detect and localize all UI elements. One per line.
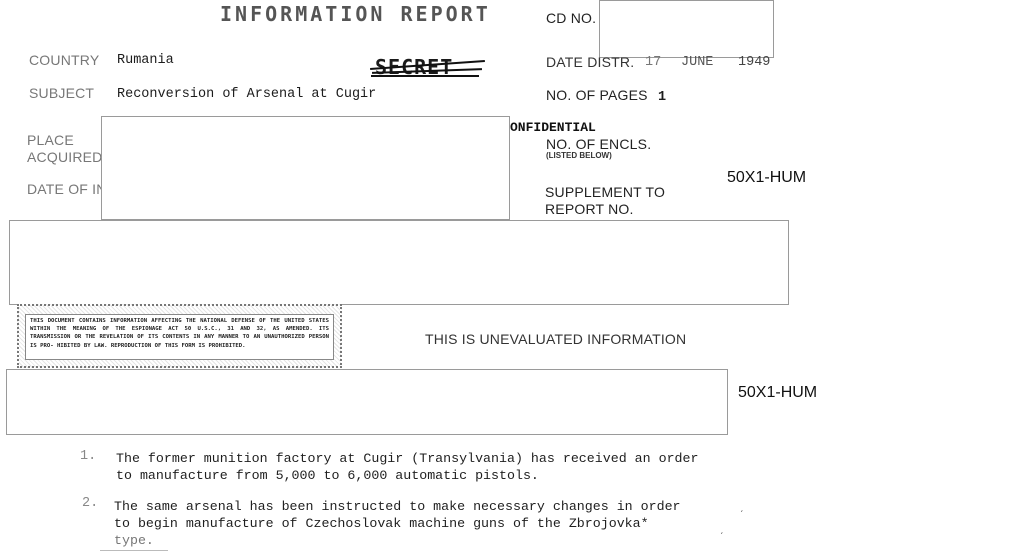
redacted-place-date-block <box>101 116 510 220</box>
paragraph-line: to manufacture from 5,000 to 6,000 autom… <box>116 467 539 484</box>
date-distr-month: JUNE <box>681 55 713 70</box>
espionage-act-notice: THIS DOCUMENT CONTAINS INFORMATION AFFEC… <box>17 304 342 368</box>
no-of-encls-sublabel: (LISTED BELOW) <box>546 151 612 160</box>
paragraph-number: 2. <box>82 496 98 511</box>
unevaluated-notice: THIS IS UNEVALUATED INFORMATION <box>425 331 686 347</box>
redacted-source-block <box>6 369 728 435</box>
paragraph-line: The same arsenal has been instructed to … <box>114 498 681 515</box>
subject-value: Reconversion of Arsenal at Cugir <box>117 87 376 102</box>
date-distr-year: 1949 <box>738 55 770 70</box>
paragraph-line: type. <box>114 532 154 549</box>
redacted-cd-no <box>599 0 774 58</box>
report-title: INFORMATION REPORT <box>220 2 491 26</box>
place-label: PLACE <box>27 132 74 148</box>
country-label: COUNTRY <box>29 52 99 68</box>
strike-line <box>371 75 479 77</box>
paragraph-line: to begin manufacture of Czechoslovak mac… <box>114 515 649 532</box>
redacted-distribution-block <box>9 220 789 305</box>
stray-mark: ˊ <box>740 510 743 521</box>
divider <box>100 550 168 551</box>
sanitization-code: 50X1-HUM <box>727 169 806 187</box>
cd-no-label: CD NO. <box>546 10 596 26</box>
supplement-label: SUPPLEMENT TO <box>545 184 665 200</box>
no-of-pages-value: 1 <box>658 90 666 105</box>
sanitization-code: 50X1-HUM <box>738 384 817 402</box>
no-of-encls-label: NO. OF ENCLS. <box>546 136 651 152</box>
country-value: Rumania <box>117 53 174 68</box>
no-of-pages-label: NO. OF PAGES <box>546 87 648 103</box>
paragraph-line: The former munition factory at Cugir (Tr… <box>116 450 699 467</box>
acquired-label: ACQUIRED <box>27 149 103 165</box>
paragraph-number: 1. <box>80 449 96 464</box>
espionage-act-notice-text: THIS DOCUMENT CONTAINS INFORMATION AFFEC… <box>26 315 333 352</box>
report-no-label: REPORT NO. <box>545 201 634 217</box>
stray-mark: ˊ <box>720 532 723 543</box>
date-distr-day: 17 <box>645 55 661 70</box>
subject-label: SUBJECT <box>29 85 94 101</box>
date-of-info-label: DATE OF IN <box>27 181 107 197</box>
date-distr-label: DATE DISTR. <box>546 54 634 70</box>
confidential-marking: ONFIDENTIAL <box>510 120 596 135</box>
